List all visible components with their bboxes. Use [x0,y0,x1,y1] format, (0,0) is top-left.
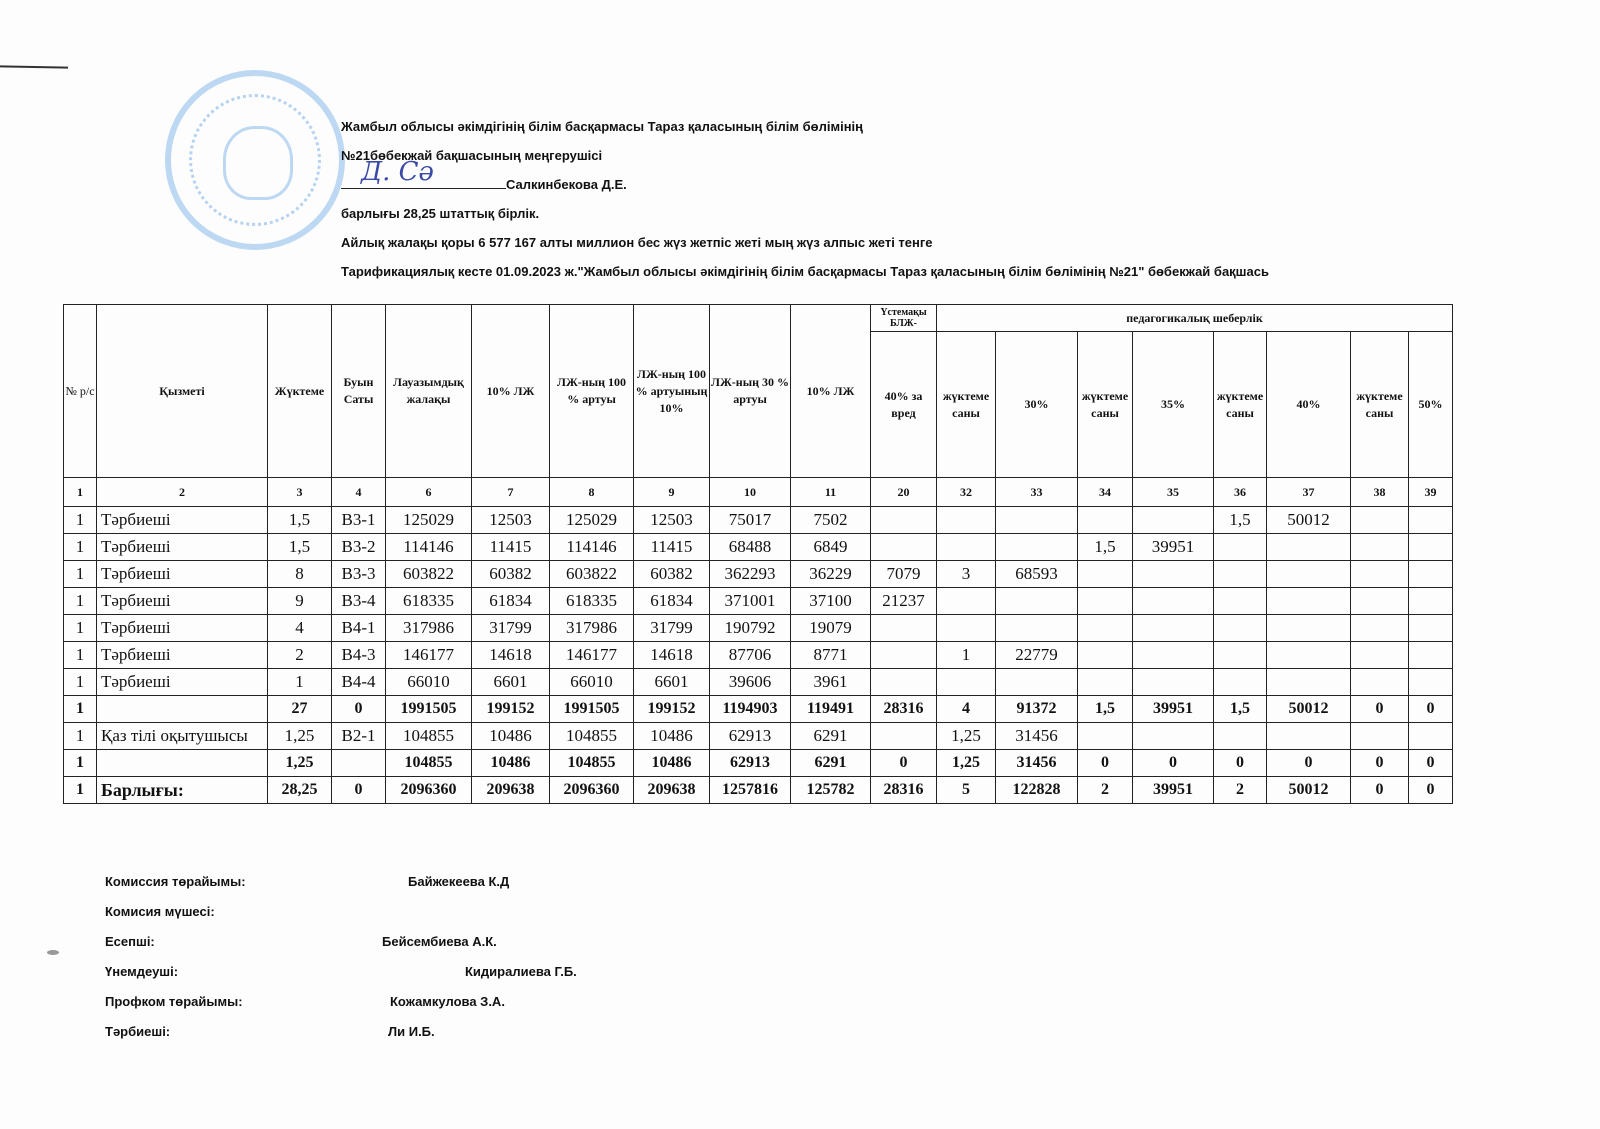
table-cell: 1 [64,561,97,588]
header-pct10b: 10% ЛЖ [791,305,871,478]
signature-row: Есепші:Бейсембиева А.К. [105,934,805,964]
table-row: 1Тәрбиеші4В4-131798631799317986317991907… [64,615,1453,642]
table-cell: 31456 [996,723,1078,750]
header-pct10: 10% ЛЖ [472,305,550,478]
table-cell: 122828 [996,777,1078,804]
table-cell [996,588,1078,615]
table-cell: 68593 [996,561,1078,588]
signature-name: Кожамкулова З.А. [390,994,505,1009]
tariff-table: № р/с Қызметі Жүктеме Буын Саты Лауазымд… [63,304,1453,804]
table-cell: 0 [1133,750,1214,777]
table-cell: 1,25 [937,750,996,777]
table-cell [1409,615,1453,642]
table-cell: 12503 [472,507,550,534]
table-cell: 146177 [550,642,634,669]
table-cell: 1991505 [550,696,634,723]
table-cell [1078,588,1133,615]
table-cell: 50012 [1267,696,1351,723]
table-cell [937,534,996,561]
table-row: 1Тәрбиеші1,5В3-1125029125031250291250375… [64,507,1453,534]
header-monthly-fund: Айлық жалақы қоры 6 577 167 алты миллион… [341,228,1269,257]
table-cell [996,534,1078,561]
signature-role: Тәрбиеші: [105,1024,170,1039]
table-row: 1Тәрбиеші1В4-466010660166010660139606396… [64,669,1453,696]
signature-role: Комисия мүшесі: [105,904,215,919]
column-number-cell: 35 [1133,478,1214,507]
table-cell: 62913 [710,723,791,750]
table-cell: В4-3 [332,642,386,669]
signature-row: Комисия мүшесі: [105,904,805,934]
table-cell: 0 [332,777,386,804]
column-number-cell: 1 [64,478,97,507]
header-inc100: ЛЖ-ның 100 % артуы [550,305,634,478]
table-cell [1214,561,1267,588]
table-cell [937,507,996,534]
table-cell: 2 [1214,777,1267,804]
table-cell [871,723,937,750]
table-cell: 0 [1409,777,1453,804]
table-cell: 31799 [634,615,710,642]
table-cell: 39951 [1133,696,1214,723]
header-grade: Буын Саты [332,305,386,478]
table-cell: 104855 [386,723,472,750]
table-cell [1214,588,1267,615]
table-cell [1409,642,1453,669]
table-cell [1133,669,1214,696]
position-cell: Тәрбиеші [97,588,268,615]
table-cell: 1 [64,534,97,561]
column-number-cell: 38 [1351,478,1409,507]
table-cell: 146177 [386,642,472,669]
table-cell: 1 [64,507,97,534]
header-director-title: №21бөбекжай бақшасының меңгерушісі [341,141,1269,170]
signature-role: Комиссия төрайымы: [105,874,246,889]
table-cell: 2 [1078,777,1133,804]
table-cell: 1 [64,696,97,723]
header-signature-line: Д. СәСалкинбекова Д.Е. [341,170,1269,199]
table-cell [937,588,996,615]
table-cell: 14618 [472,642,550,669]
table-cell: 4 [937,696,996,723]
table-cell: 104855 [550,723,634,750]
table-cell: 2096360 [386,777,472,804]
table-cell: 104855 [386,750,472,777]
table-cell: 62913 [710,750,791,777]
table-cell: 1 [64,777,97,804]
table-cell: 190792 [710,615,791,642]
table-cell [1351,723,1409,750]
header-p30: 30% [996,332,1078,478]
table-cell: 104855 [550,750,634,777]
column-number-cell: 33 [996,478,1078,507]
table-cell: 7079 [871,561,937,588]
position-cell: Тәрбиеші [97,507,268,534]
table-cell: 209638 [634,777,710,804]
column-number-cell: 36 [1214,478,1267,507]
table-cell [1078,507,1133,534]
table-cell [1267,723,1351,750]
table-cell [1409,534,1453,561]
table-cell: 199152 [634,696,710,723]
header-harm40: 40% за вред [871,332,937,478]
table-cell: 1,5 [1214,696,1267,723]
table-cell: 3961 [791,669,871,696]
table-cell [1351,507,1409,534]
column-number-cell: 11 [791,478,871,507]
position-cell [97,750,268,777]
table-cell [996,615,1078,642]
position-cell: Тәрбиеші [97,642,268,669]
table-cell [1267,615,1351,642]
table-cell: 6849 [791,534,871,561]
table-cell: 39951 [1133,777,1214,804]
table-cell: 28316 [871,777,937,804]
table-cell [1409,588,1453,615]
table-cell: 66010 [550,669,634,696]
table-cell: 31456 [996,750,1078,777]
table-cell: 0 [332,696,386,723]
table-cell: 11415 [634,534,710,561]
table-cell [937,615,996,642]
header-load-count-1: жүктеме саны [937,332,996,478]
column-number-cell: 8 [550,478,634,507]
table-cell [1267,669,1351,696]
table-cell: 31799 [472,615,550,642]
column-number-cell: 4 [332,478,386,507]
table-cell [1409,507,1453,534]
commission-signatures: Комиссия төрайымы:Байжекеева К.ДКомисия … [105,874,805,1054]
table-cell [1078,561,1133,588]
table-row: 1Қаз тілі оқытушысы1,25В2-11048551048610… [64,723,1453,750]
table-cell: 618335 [386,588,472,615]
table-cell: 119491 [791,696,871,723]
table-cell: 603822 [550,561,634,588]
table-cell [1078,642,1133,669]
signature-row: Үнемдеуші:Кидиралиева Г.Б. [105,964,805,994]
position-cell: Қаз тілі оқытушысы [97,723,268,750]
table-cell: 1,5 [1214,507,1267,534]
header-load-count-3: жүктеме саны [1214,332,1267,478]
table-cell [1351,534,1409,561]
table-cell: 28316 [871,696,937,723]
table-cell [996,669,1078,696]
column-number-cell: 39 [1409,478,1453,507]
table-cell: В3-4 [332,588,386,615]
table-cell: 1 [268,669,332,696]
table-cell: 0 [1214,750,1267,777]
column-number-cell: 37 [1267,478,1351,507]
pen-stroke-mark [0,65,68,68]
table-cell: 6291 [791,750,871,777]
header-load: Жүктеме [268,305,332,478]
table-cell [1409,669,1453,696]
table-body: 1Тәрбиеші1,5В3-1125029125031250291250375… [64,507,1453,804]
table-cell [1351,588,1409,615]
table-cell: 21237 [871,588,937,615]
table-cell: В4-1 [332,615,386,642]
table-cell: 199152 [472,696,550,723]
table-cell [871,642,937,669]
signature-role: Есепші: [105,934,155,949]
table-cell [1078,723,1133,750]
table-header-row: № р/с Қызметі Жүктеме Буын Саты Лауазымд… [64,305,1453,332]
table-cell: 603822 [386,561,472,588]
table-cell: 22779 [996,642,1078,669]
table-cell [1351,669,1409,696]
table-cell: 1 [937,642,996,669]
table-cell: 0 [1351,696,1409,723]
table-cell [1133,588,1214,615]
document-header: Жамбыл облысы әкімдігінің білім басқарма… [341,112,1269,286]
table-cell: 36229 [791,561,871,588]
column-number-cell: 2 [97,478,268,507]
table-cell: 11415 [472,534,550,561]
table-cell: 125029 [550,507,634,534]
table-cell: 1,25 [268,723,332,750]
table-cell: 10486 [634,723,710,750]
table-cell: 362293 [710,561,791,588]
table-cell [996,507,1078,534]
table-cell: 0 [871,750,937,777]
table-cell: 618335 [550,588,634,615]
signature-name: Ли И.Б. [388,1024,435,1039]
header-load-count-4: жүктеме саны [1351,332,1409,478]
table-cell: 61834 [634,588,710,615]
header-staff-units: барлығы 28,25 штаттық бірлік. [341,199,1269,228]
table-cell: 209638 [472,777,550,804]
table-cell: 61834 [472,588,550,615]
table-cell: 0 [1078,750,1133,777]
table-cell [1214,534,1267,561]
table-cell [1409,561,1453,588]
table-cell: 8 [268,561,332,588]
table-cell: В4-4 [332,669,386,696]
table-cell: 10486 [472,750,550,777]
header-load-count-2: жүктеме саны [1078,332,1133,478]
table-cell: 1 [64,669,97,696]
table-cell: 39951 [1133,534,1214,561]
table-cell: 2096360 [550,777,634,804]
table-cell [1267,534,1351,561]
table-row: 1Тәрбиеші2В4-314617714618146177146188770… [64,642,1453,669]
table-cell: 1,25 [937,723,996,750]
table-cell: 2 [268,642,332,669]
signature-role: Үнемдеуші: [105,964,178,979]
table-cell [1351,642,1409,669]
position-cell: Тәрбиеші [97,534,268,561]
table-cell [1409,723,1453,750]
table-cell [1214,615,1267,642]
table-cell: 60382 [472,561,550,588]
signature-name: Бейсембиева А.К. [382,934,497,949]
table-cell [871,534,937,561]
table-cell [1133,561,1214,588]
table-cell: В3-1 [332,507,386,534]
table-cell: 39606 [710,669,791,696]
table-cell: 5 [937,777,996,804]
header-p40: 40% [1267,332,1351,478]
table-cell: 1,5 [1078,534,1133,561]
signature-row: Комиссия төрайымы:Байжекеева К.Д [105,874,805,904]
table-cell [1214,642,1267,669]
table-cell [937,669,996,696]
header-salary: Лауазымдық жалақы [386,305,472,478]
column-number-cell: 20 [871,478,937,507]
signature-name: Байжекеева К.Д [408,874,509,889]
table-cell: 6601 [634,669,710,696]
smudge-mark [47,950,59,955]
column-number-cell: 9 [634,478,710,507]
position-cell: Тәрбиеші [97,561,268,588]
table-cell: 14618 [634,642,710,669]
table-cell: 3 [937,561,996,588]
director-name: Салкинбекова Д.Е. [506,177,627,192]
signature-row: Тәрбиеші:Ли И.Б. [105,1024,805,1054]
grand-total-row: 1Барлығы:28,2502096360209638209636020963… [64,777,1453,804]
table-cell: 75017 [710,507,791,534]
signature-field: Д. Сә [341,174,506,189]
table-cell [1351,561,1409,588]
header-no: № р/с [64,305,97,478]
table-cell: 50012 [1267,507,1351,534]
table-cell: 1 [64,750,97,777]
table-cell: 19079 [791,615,871,642]
column-number-cell: 34 [1078,478,1133,507]
table-cell [1214,669,1267,696]
table-cell: 1,5 [1078,696,1133,723]
table-cell [1267,588,1351,615]
table-cell: 1257816 [710,777,791,804]
table-cell: В3-3 [332,561,386,588]
table-cell: 317986 [386,615,472,642]
column-number-cell: 7 [472,478,550,507]
subtotal-row: 11,25104855104861048551048662913629101,2… [64,750,1453,777]
table-cell [1078,615,1133,642]
header-position: Қызметі [97,305,268,478]
official-stamp-icon [165,70,345,250]
table-cell: 114146 [550,534,634,561]
header-p35: 35% [1133,332,1214,478]
header-organization: Жамбыл облысы әкімдігінің білім басқарма… [341,112,1269,141]
table-cell: 6291 [791,723,871,750]
table-cell [1133,615,1214,642]
table-row: 1Тәрбиеші9В3-461833561834618335618343710… [64,588,1453,615]
table-cell: 0 [1351,777,1409,804]
table-cell: 1 [64,723,97,750]
header-inc100-10: ЛЖ-ның 100 % артуының 10% [634,305,710,478]
column-number-cell: 10 [710,478,791,507]
table-cell [1133,723,1214,750]
table-cell [1133,507,1214,534]
table-cell: 4 [268,615,332,642]
header-compensation: Үстемақы БЛЖ- [871,305,937,332]
table-cell: 87706 [710,642,791,669]
table-cell: 125029 [386,507,472,534]
table-cell: 91372 [996,696,1078,723]
table-cell: 8771 [791,642,871,669]
table-cell: 1194903 [710,696,791,723]
signature-icon: Д. Сә [361,158,434,187]
table-cell: 1,5 [268,507,332,534]
table-cell: 6601 [472,669,550,696]
signature-row: Профком төрайымы:Кожамкулова З.А. [105,994,805,1024]
table-cell: 1,25 [268,750,332,777]
table-cell [1214,723,1267,750]
signature-role: Профком төрайымы: [105,994,243,1009]
table-cell: 12503 [634,507,710,534]
table-cell [332,750,386,777]
header-tariff-title: Тарификациялық кесте 01.09.2023 ж."Жамбы… [341,257,1269,286]
position-cell [97,696,268,723]
table-row: 1Тәрбиеші8В3-360382260382603822603823622… [64,561,1453,588]
column-number-cell: 6 [386,478,472,507]
column-number-cell: 32 [937,478,996,507]
table-cell: 68488 [710,534,791,561]
header-inc30: ЛЖ-ның 30 % артуы [710,305,791,478]
table-cell [1267,561,1351,588]
table-cell: 0 [1409,750,1453,777]
table-cell: 0 [1351,750,1409,777]
table-cell: 0 [1267,750,1351,777]
table-cell [871,507,937,534]
position-cell: Тәрбиеші [97,615,268,642]
table-row: 1Тәрбиеші1,5В3-2114146114151141461141568… [64,534,1453,561]
table-cell: 66010 [386,669,472,696]
table-cell: 1,5 [268,534,332,561]
table-cell: В3-2 [332,534,386,561]
table-cell [1267,642,1351,669]
subtotal-row: 1270199150519915219915051991521194903119… [64,696,1453,723]
signature-name: Кидиралиева Г.Б. [465,964,577,979]
table-cell: 27 [268,696,332,723]
header-p50: 50% [1409,332,1453,478]
position-cell: Барлығы: [97,777,268,804]
table-cell: 7502 [791,507,871,534]
table-cell: 1 [64,615,97,642]
table-cell [871,615,937,642]
table-cell: 37100 [791,588,871,615]
table-cell: В2-1 [332,723,386,750]
header-pedagogical-mastery: педагогикалық шеберлік [937,305,1453,332]
table-cell: 371001 [710,588,791,615]
table-cell: 50012 [1267,777,1351,804]
table-cell: 1 [64,588,97,615]
table-cell: 317986 [550,615,634,642]
table-cell: 28,25 [268,777,332,804]
table-cell: 1 [64,642,97,669]
column-number-cell: 3 [268,478,332,507]
table-cell: 114146 [386,534,472,561]
table-cell: 10486 [634,750,710,777]
table-cell [1078,669,1133,696]
column-numbers-row: 123467891011203233343536373839 [64,478,1453,507]
table-cell: 10486 [472,723,550,750]
table-cell: 60382 [634,561,710,588]
table-cell [1351,615,1409,642]
table-cell: 125782 [791,777,871,804]
table-cell: 9 [268,588,332,615]
table-cell [871,669,937,696]
table-cell: 0 [1409,696,1453,723]
position-cell: Тәрбиеші [97,669,268,696]
table-cell: 1991505 [386,696,472,723]
table-cell [1133,642,1214,669]
